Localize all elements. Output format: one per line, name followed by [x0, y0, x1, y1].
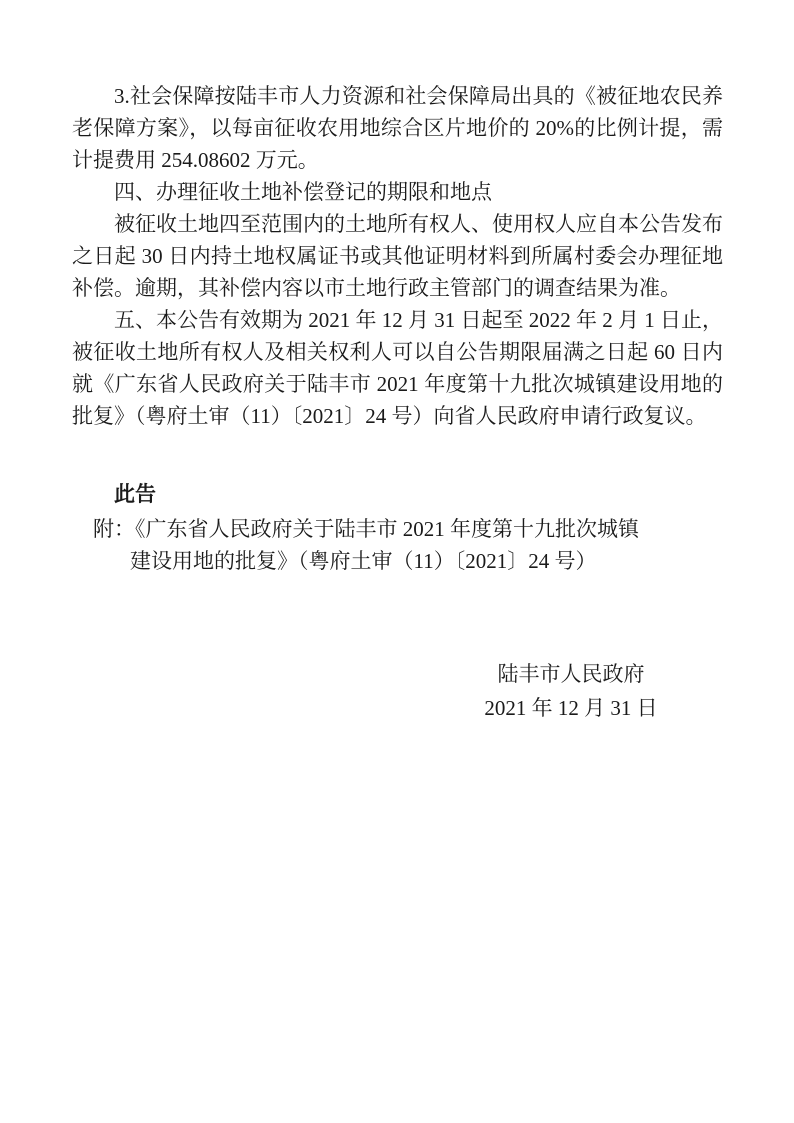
signature-issuer: 陆丰市人民政府	[466, 657, 676, 691]
attachment-note: 附：《广东省人民政府关于陆丰市 2021 年度第十九批次城镇建设用地的批复》（粤…	[72, 513, 723, 577]
signature-block: 陆丰市人民政府 2021 年 12 月 31 日	[466, 657, 676, 725]
attachment-title-line2: 建设用地的批复》（粤府土审（11）〔2021〕24 号）	[130, 549, 596, 573]
attachment-label: 附：	[93, 517, 135, 541]
attachment-title-line1: 《广东省人民政府关于陆丰市 2021 年度第十九批次城镇	[135, 517, 639, 541]
paragraph-social-security: 3.社会保障按陆丰市人力资源和社会保障局出具的《被征地农民养老保障方案》，以每亩…	[72, 80, 723, 176]
section-heading-registration: 四、办理征收土地补偿登记的期限和地点	[72, 176, 723, 208]
closing-statement: 此告	[72, 478, 723, 510]
signature-date: 2021 年 12 月 31 日	[466, 691, 676, 725]
document-page: 3.社会保障按陆丰市人力资源和社会保障局出具的《被征地农民养老保障方案》，以每亩…	[0, 0, 794, 1123]
paragraph-registration-deadline: 被征收土地四至范围内的土地所有权人、使用权人应自本公告发布之日起 30 日内持土…	[72, 208, 723, 304]
paragraph-validity-period: 五、本公告有效期为 2021 年 12 月 31 日起至 2022 年 2 月 …	[72, 304, 723, 432]
notice-body: 3.社会保障按陆丰市人力资源和社会保障局出具的《被征地农民养老保障方案》，以每亩…	[0, 0, 794, 725]
